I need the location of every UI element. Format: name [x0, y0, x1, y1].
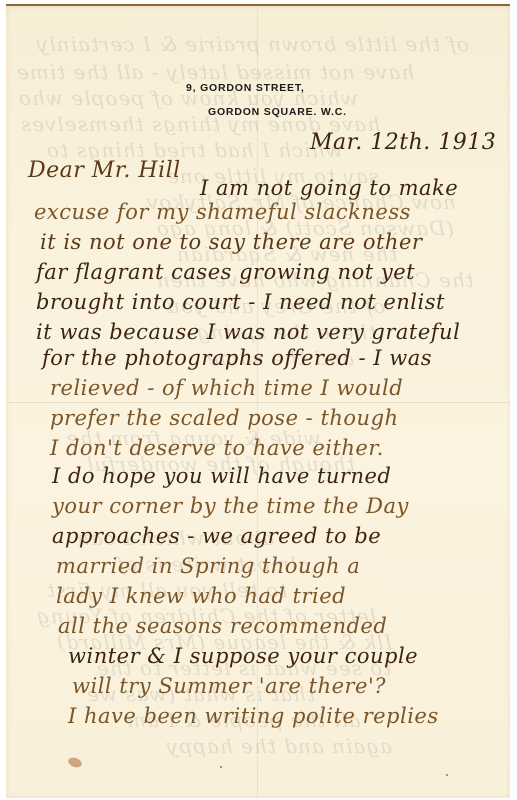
body-line: relieved - of which time I would	[50, 376, 403, 400]
body-line: it is not one to say there are other	[40, 230, 422, 254]
body-line: approaches - we agreed to be	[52, 524, 381, 548]
body-line: lady I knew who had tried	[56, 584, 346, 608]
body-line: brought into court - I need not enlist	[36, 290, 445, 314]
body-line: far flagrant cases growing not yet	[36, 260, 415, 284]
ink-stain	[67, 756, 83, 769]
bleed-through-text: of the little brown prairie & I certainl…	[36, 32, 469, 56]
body-line: winter & I suppose your couple	[68, 644, 418, 668]
body-line: it was because I was not very grateful	[36, 320, 460, 344]
body-line: I have been writing polite replies	[68, 704, 439, 728]
body-line: for the photographs offered - I was	[42, 346, 432, 370]
paper-speck	[446, 774, 448, 776]
body-line: I am not going to make	[200, 176, 458, 200]
paper-speck	[220, 766, 222, 768]
body-line: I don't deserve to have either.	[50, 436, 384, 460]
body-line: I do hope you will have turned	[52, 464, 391, 488]
letter-date: Mar. 12th. 1913	[310, 130, 496, 155]
bleed-through-text: again and the happy	[166, 734, 392, 758]
letter-sheet: of the little brown prairie & I certainl…	[6, 4, 510, 798]
body-line: your corner by the time the Day	[52, 494, 409, 518]
body-line: prefer the scaled pose - though	[50, 406, 399, 430]
body-line: will try Summer 'are there'?	[72, 674, 386, 698]
paper-fold-horizontal	[6, 402, 510, 403]
letterhead-line-2: GORDON SQUARE. W.C.	[208, 106, 347, 118]
letterhead-line-1: 9, GORDON STREET,	[186, 82, 305, 94]
salutation: Dear Mr. Hill	[28, 158, 181, 183]
body-line: married in Spring though a	[56, 554, 360, 578]
body-line: all the seasons recommended	[58, 614, 387, 638]
bleed-through-text: have not missed lately - all the time	[16, 60, 414, 84]
body-line: excuse for my shameful slackness	[34, 200, 411, 224]
